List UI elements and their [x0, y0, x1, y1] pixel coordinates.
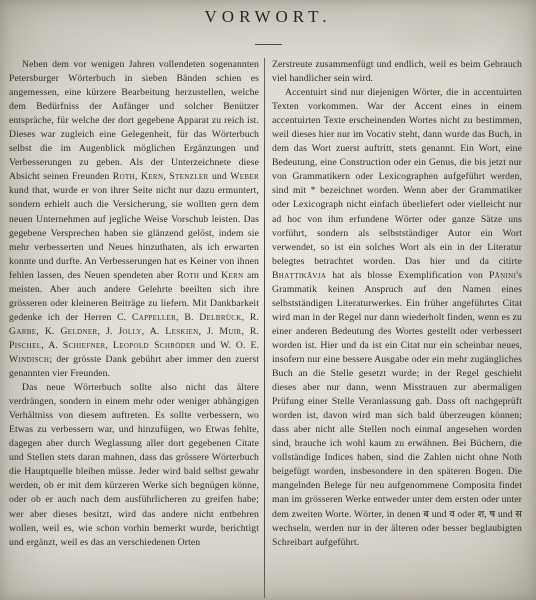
text-run: hat als blosse Exemplification von: [326, 270, 489, 281]
right-column: Zerstreute zusammenfügt und endlich, wei…: [265, 58, 522, 598]
text-columns: Neben dem vor wenigen Jahren vollendeten…: [0, 58, 536, 598]
text-run: ,: [106, 340, 113, 351]
proper-name: Roth: [113, 171, 135, 182]
page-title: VORWORT.: [0, 0, 536, 27]
proper-name: Delbrück: [199, 312, 241, 323]
proper-name: Cappeller: [132, 312, 176, 323]
text-run: Zerstreute zusammenfügt und endlich, wei…: [272, 59, 522, 84]
text-run: , A.: [142, 326, 166, 337]
text-run: kund that, wurde er von ihrer Seite nich…: [9, 185, 259, 280]
text-run: , R.: [241, 326, 259, 337]
text-run: , B.: [176, 312, 199, 323]
left-column: Neben dem vor wenigen Jahren vollendeten…: [9, 58, 264, 598]
proper-name: Leopold Schröder: [113, 340, 196, 351]
text-run: und: [199, 270, 221, 281]
paragraph: Accentuirt sind nur diejenigen Wörter, d…: [272, 86, 522, 550]
text-run: , A.: [41, 340, 62, 351]
proper-name: Kern: [221, 270, 243, 281]
proper-name: Pāṇini: [489, 270, 516, 281]
proper-name: Pischel: [9, 340, 41, 351]
proper-name: Windisch: [9, 354, 49, 365]
title-divider: [255, 44, 282, 45]
text-run: , R.: [242, 312, 259, 323]
proper-name: Garbe: [9, 326, 36, 337]
proper-name: Kern: [141, 171, 163, 182]
text-run: , K.: [36, 326, 60, 337]
paragraph: Zerstreute zusammenfügt und endlich, wei…: [272, 58, 522, 86]
text-run: Das neue Wörterbuch sollte also nicht da…: [9, 382, 259, 548]
text-run: , J.: [199, 326, 220, 337]
paragraph: Das neue Wörterbuch sollte also nicht da…: [9, 381, 259, 550]
text-run: , J.: [98, 326, 119, 337]
proper-name: Geldner: [60, 326, 97, 337]
text-run: Accentuirt sind nur diejenigen Wörter, d…: [272, 87, 522, 267]
proper-name: Jolly: [118, 326, 141, 337]
scanned-page: VORWORT. Neben dem vor wenigen Jahren vo…: [0, 0, 536, 600]
text-run: 's Grammatik keinen Anspruch auf den Nam…: [272, 270, 522, 548]
proper-name: Weber: [230, 171, 259, 182]
proper-name: Stenzler: [169, 171, 208, 182]
proper-name: Schiefner: [63, 340, 106, 351]
text-run: und: [209, 171, 231, 182]
text-run: und W. O. E.: [196, 340, 259, 351]
text-run: Neben dem vor wenigen Jahren vollendeten…: [9, 59, 259, 182]
proper-name: Muir: [219, 326, 241, 337]
paragraph: Neben dem vor wenigen Jahren vollendeten…: [9, 58, 259, 381]
proper-name: Leskien: [165, 326, 198, 337]
proper-name: Roth: [177, 270, 199, 281]
proper-name: Bhaṭṭikāvja: [272, 270, 326, 281]
